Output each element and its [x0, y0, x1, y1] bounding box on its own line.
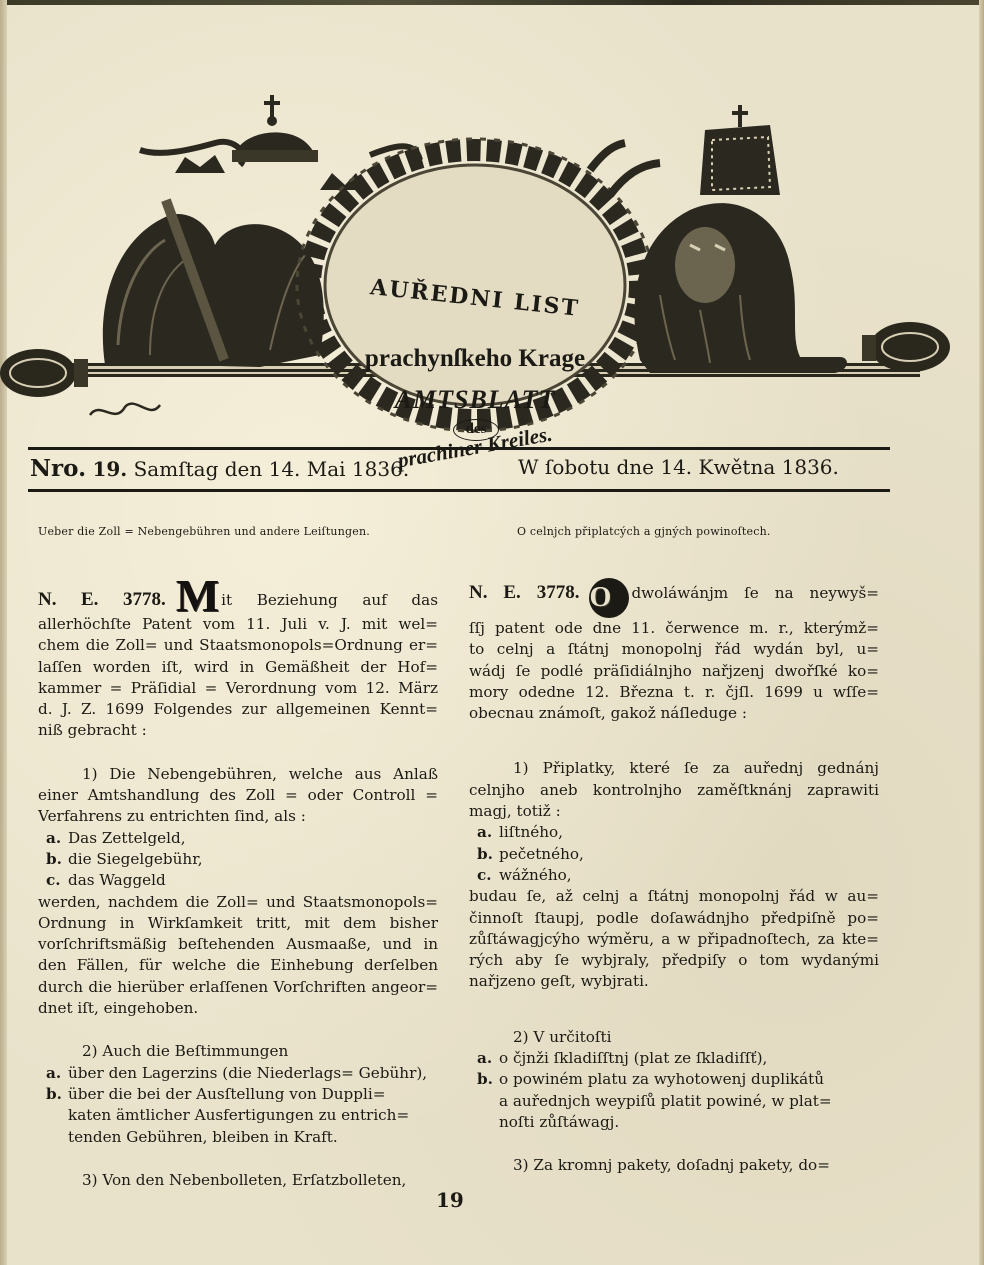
title-german: AMTSBLATT: [335, 385, 615, 415]
intro-first-line: N. E. 3778.Odwoláwánjm ſe na neywyš=: [469, 578, 879, 618]
text-line: dnet iſt, eingehoben.: [38, 998, 438, 1019]
issue-line: Nro. 19. Samſtag den 14. Mai 1836. W ſob…: [30, 455, 890, 485]
text-line: nařjzeno geſt, wybjrati.: [469, 971, 879, 992]
subject-german: Ueber die Zoll = Nebengebühren und ander…: [38, 525, 370, 538]
list-item: a.o čjnži ſkladiſſtnj (plat ze ſkladiſſť…: [469, 1048, 879, 1069]
item-continuation: tenden Gebühren, bleiben in Kraft.: [38, 1127, 438, 1148]
reference-number: N. E. 3778.: [38, 589, 166, 610]
text-line: to celnj a ſtátnj monopolnj řád wydán by…: [469, 639, 879, 660]
list-item: b.o powiném platu za wyhotowenj duplikát…: [469, 1069, 879, 1090]
item-text: das Waggeld: [68, 871, 166, 889]
item-text: liſtného,: [499, 823, 563, 841]
item-label: b.: [477, 844, 499, 865]
subject-czech: O celnjch připlatcých a gjných powinoſte…: [517, 525, 771, 538]
text-line: den Fällen, für welche die Einhebung der…: [38, 955, 438, 976]
top-rule: [28, 447, 890, 450]
text-line: it Beziehung auf das: [221, 591, 438, 609]
section-1-heading: 1) Připlatky, které ſe za auřednj gednán…: [469, 758, 879, 779]
item-text: pečetného,: [499, 845, 584, 863]
intro-first-line: N. E. 3778.Mit Beziehung auf das: [38, 578, 438, 614]
text-line: ſſj patent ode dne 11. čerwence m. r., k…: [469, 618, 879, 639]
text-line: chem die Zoll= und Staatsmonopols=Ordnun…: [38, 635, 438, 656]
text-line: niß gebracht :: [38, 720, 438, 741]
section-1-heading: 1) Die Nebengebühren, welche aus Anlaß: [38, 764, 438, 785]
text-line: zůſtáwagjcýho wýměru, a w připadnoſtech,…: [469, 929, 879, 950]
czech-column: N. E. 3778.Odwoláwánjm ſe na neywyš= ſſj…: [469, 578, 879, 1177]
item-text: Das Zettelgeld,: [68, 829, 186, 847]
text-line: činnoſt ſtaupj, podle doſawádnjho předpi…: [469, 908, 879, 929]
text-line: Ordnung in Wirkſamkeit tritt, mit dem bi…: [38, 913, 438, 934]
item-continuation: a auřednjch weypiſů platit powiné, w pla…: [469, 1091, 879, 1112]
item-continuation: noſti zůſtáwagj.: [469, 1112, 879, 1133]
item-label: b.: [46, 849, 68, 870]
masthead: AUŘEDNI LIST prachynſkeho Krage AMTSBLAT…: [0, 95, 984, 435]
text-line: durch die hierüber erlaſſenen Vorſchrift…: [38, 977, 438, 998]
section-2-heading: 2) Auch die Beſtimmungen: [38, 1041, 438, 1062]
item-label: a.: [477, 822, 499, 843]
text-line: magj, totiž :: [469, 801, 879, 822]
section-3-heading: 3) Za kromnj pakety, doſadnj pakety, do=: [469, 1155, 879, 1176]
text-line: d. J. Z. 1699 Folgendes zur allgemeinen …: [38, 699, 438, 720]
text-line: obecnau známoſt, gakož náſleduge :: [469, 703, 879, 724]
list-item: a.liſtného,: [469, 822, 879, 843]
item-label: b.: [46, 1084, 68, 1105]
item-text: o čjnži ſkladiſſtnj (plat ze ſkladiſſť),: [499, 1049, 767, 1067]
text-line: allerhöchſte Patent vom 11. Juli v. J. m…: [38, 614, 438, 635]
section-2-heading: 2) V určitoſti: [469, 1027, 879, 1048]
text-line: wádj ſe podlé präſidiálnjho nařjzenj dwo…: [469, 661, 879, 682]
item-text: über den Lagerzins (die Niederlags= Gebü…: [68, 1064, 427, 1082]
dropcap: M: [176, 578, 219, 614]
issue-left: Nro. 19. Samſtag den 14. Mai 1836.: [30, 455, 409, 482]
newspaper-page: AUŘEDNI LIST prachynſkeho Krage AMTSBLAT…: [0, 0, 984, 1265]
german-column: N. E. 3778.Mit Beziehung auf das allerhö…: [38, 578, 438, 1191]
text-line: werden, nachdem die Zoll= und Staatsmono…: [38, 892, 438, 913]
text-line: laſſen worden iſt, wird in Gemäßheit der…: [38, 657, 438, 678]
item-label: a.: [46, 1063, 68, 1084]
text-line: kammer = Präſidial = Verordnung vom 12. …: [38, 678, 438, 699]
item-text: die Siegelgebühr,: [68, 850, 203, 868]
text-line: rých aby ſe wybjraly, předpiſy o tom wyd…: [469, 950, 879, 971]
section-3-heading: 3) Von den Nebenbolleten, Erſatzbolleten…: [38, 1170, 438, 1191]
issue-date-german: Samſtag den 14. Mai 1836.: [134, 457, 410, 481]
list-item: c.wážného,: [469, 865, 879, 886]
reference-number: N. E. 3778.: [469, 582, 579, 603]
list-item: a.über den Lagerzins (die Niederlags= Ge…: [38, 1063, 438, 1084]
bottom-rule: [28, 489, 890, 492]
item-text: wážného,: [499, 866, 572, 884]
item-text: über die bei der Ausſtellung von Duppli=: [68, 1085, 385, 1103]
list-item: c.das Waggeld: [38, 870, 438, 891]
page-number: 19: [436, 1188, 464, 1212]
item-label: a.: [46, 828, 68, 849]
item-continuation: katen ämtlicher Ausfertigungen zu entric…: [38, 1105, 438, 1126]
text-line: einer Amtshandlung des Zoll = oder Contr…: [38, 785, 438, 806]
title-czech-subtitle: prachynſkeho Krage: [335, 345, 615, 373]
text-line: dwoláwánjm ſe na neywyš=: [631, 584, 879, 602]
text-line: budau ſe, až celnj a ſtátnj monopolnj řá…: [469, 886, 879, 907]
item-label: b.: [477, 1069, 499, 1090]
text-line: celnjho aneb kontrolnjho zaměſtknánj zap…: [469, 780, 879, 801]
dropcap: O: [589, 578, 629, 618]
item-label: c.: [477, 865, 499, 886]
item-label: c.: [46, 870, 68, 891]
item-label: a.: [477, 1048, 499, 1069]
issue-date-czech: W ſobotu dne 14. Kwětna 1836.: [518, 455, 839, 479]
imperial-crown-icon: [232, 95, 318, 162]
issue-number: 19.: [92, 457, 127, 481]
issue-nro-label: Nro.: [30, 455, 86, 482]
list-item: b.über die bei der Ausſtellung von Duppl…: [38, 1084, 438, 1105]
item-text: o powiném platu za wyhotowenj duplikátů: [499, 1070, 824, 1088]
binding-edge: [0, 0, 984, 5]
text-line: Verfahrens zu entrichten ſind, als :: [38, 806, 438, 827]
list-item: b.die Siegelgebühr,: [38, 849, 438, 870]
text-line: vorſchriftsmäßig beſtehenden Ausmaaße, u…: [38, 934, 438, 955]
text-line: mory odedne 12. Března t. r. čjſl. 1699 …: [469, 682, 879, 703]
list-item: a.Das Zettelgeld,: [38, 828, 438, 849]
list-item: b.pečetného,: [469, 844, 879, 865]
